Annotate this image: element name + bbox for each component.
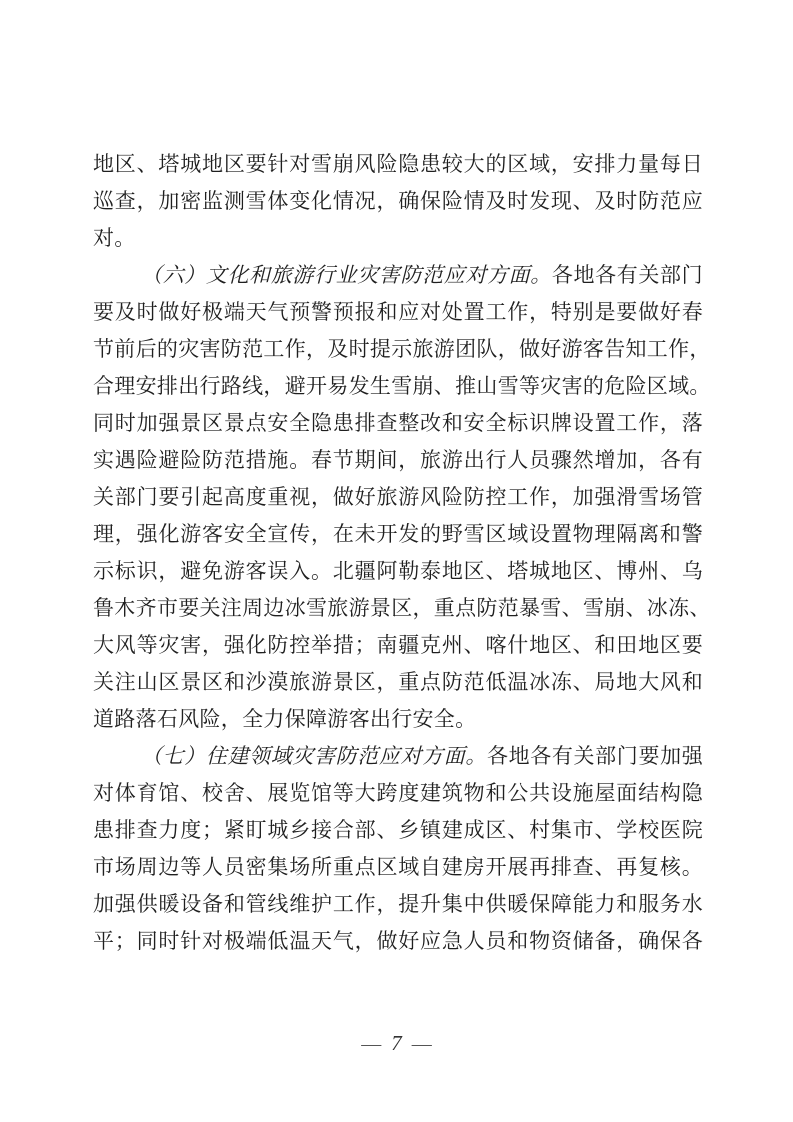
section-6-first-line-text: 各地各有关部门 [552, 263, 703, 287]
document-body: 地区、塔城地区要针对雪崩风险隐患较大的区域，安排力量每日 巡查，加密监测雪体变化… [93, 146, 703, 960]
text-line: 患排查力度；紧盯城乡接合部、乡镇建成区、村集市、学校医院 [93, 812, 703, 849]
text-line: 大风等灾害，强化防控举措；南疆克州、喀什地区、和田地区要 [93, 627, 703, 664]
text-line: 加强供暖设备和管线维护工作，提升集中供暖保障能力和服务水 [93, 886, 703, 923]
section-heading-7: （七）住建领域灾害防范应对方面。 [141, 744, 487, 768]
text-line: 同时加强景区景点安全隐患排查整改和安全标识牌设置工作，落 [93, 405, 703, 442]
text-line: 关注山区景区和沙漠旅游景区，重点防范低温冰冻、局地大风和 [93, 664, 703, 701]
text-line: 平；同时针对极端低温天气，做好应急人员和物资储备，确保各 [93, 923, 703, 960]
text-line: 市场周边等人员密集场所重点区域自建房开展再排查、再复核。 [93, 849, 703, 886]
text-line: 对。 [93, 220, 703, 257]
page-footer: —7— [0, 1031, 793, 1056]
section-heading-6: （六）文化和旅游行业灾害防范应对方面。 [141, 263, 552, 287]
text-line: 鲁木齐市要关注周边冰雪旅游景区，重点防范暴雪、雪崩、冰冻、 [93, 590, 703, 627]
text-line: （七）住建领域灾害防范应对方面。各地各有关部门要加强 [93, 738, 703, 775]
text-line: （六）文化和旅游行业灾害防范应对方面。各地各有关部门 [93, 257, 703, 294]
text-line: 道路落石风险，全力保障游客出行安全。 [93, 701, 703, 738]
section-7-first-line-text: 各地各有关部门要加强 [487, 744, 703, 768]
page-number: 7 [391, 1031, 402, 1055]
text-line: 要及时做好极端天气预警预报和应对处置工作，特别是要做好春 [93, 294, 703, 331]
text-line: 合理安排出行路线，避开易发生雪崩、推山雪等灾害的危险区域。 [93, 368, 703, 405]
text-line: 实遇险避险防范措施。春节期间，旅游出行人员骤然增加，各有 [93, 442, 703, 479]
text-line: 地区、塔城地区要针对雪崩风险隐患较大的区域，安排力量每日 [93, 146, 703, 183]
footer-dash-right: — [412, 1032, 432, 1056]
text-line: 巡查，加密监测雪体变化情况，确保险情及时发现、及时防范应 [93, 183, 703, 220]
text-line: 关部门要引起高度重视，做好旅游风险防控工作，加强滑雪场管 [93, 479, 703, 516]
document-page: 地区、塔城地区要针对雪崩风险隐患较大的区域，安排力量每日 巡查，加密监测雪体变化… [0, 0, 793, 1122]
text-line: 对体育馆、校舍、展览馆等大跨度建筑物和公共设施屋面结构隐 [93, 775, 703, 812]
text-line: 理，强化游客安全宣传，在未开发的野雪区域设置物理隔离和警 [93, 516, 703, 553]
footer-dash-left: — [361, 1032, 381, 1056]
text-line: 示标识，避免游客误入。北疆阿勒泰地区、塔城地区、博州、乌 [93, 553, 703, 590]
text-line: 节前后的灾害防范工作，及时提示旅游团队，做好游客告知工作， [93, 331, 703, 368]
